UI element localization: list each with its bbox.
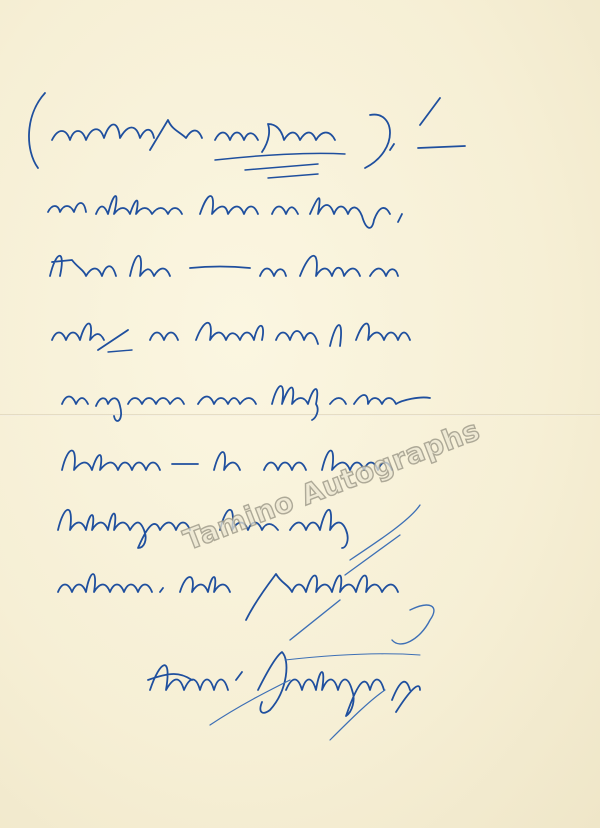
handwriting-line-1 bbox=[29, 93, 45, 168]
handwriting-line-8 bbox=[58, 574, 398, 620]
handwriting-line-2 bbox=[48, 196, 402, 228]
handwriting-line-3 bbox=[50, 256, 398, 276]
handwriting-ink bbox=[0, 0, 600, 828]
handwriting-line-5 bbox=[62, 386, 430, 421]
signature bbox=[148, 652, 420, 716]
letter-page: Tamino Autographs (wenden Sie müssen) ! … bbox=[0, 0, 600, 828]
handwriting-line-4 bbox=[52, 323, 410, 350]
